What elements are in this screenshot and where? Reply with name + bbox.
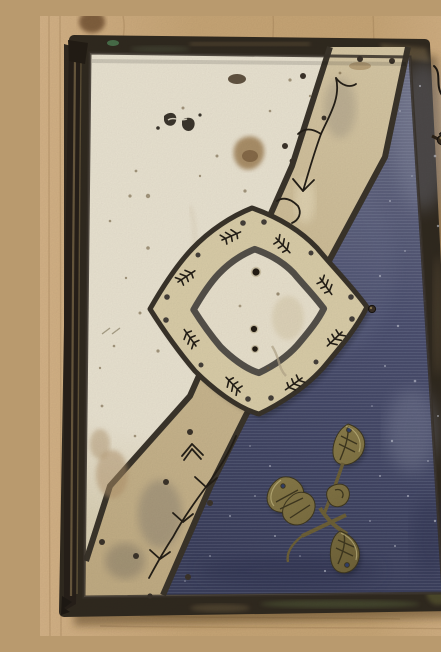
photo-canvas	[40, 16, 441, 636]
photo-antique-book: Antique book with bone inlay and navy ve…	[40, 16, 441, 636]
photo-grain	[40, 16, 441, 636]
